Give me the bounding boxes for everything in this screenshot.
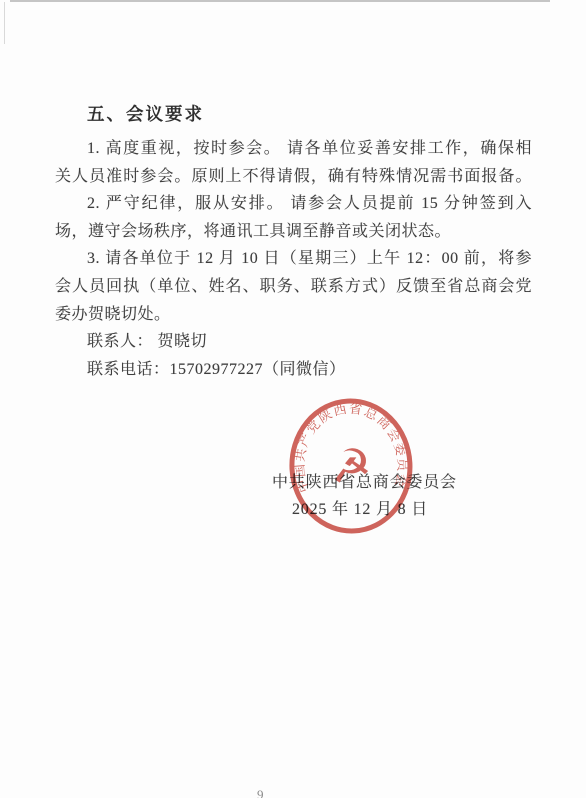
paragraph-3-line-2: 会人员回执（单位、姓名、职务、联系方式）反馈至省总商会党 xyxy=(55,273,532,301)
paragraph-2-line-1: 2. 严守纪律，服从安排。 请参会人员提前 15 分钟签到入 xyxy=(55,190,532,218)
paragraph-3-line-3: 委办贺晓切处。 xyxy=(55,301,532,329)
seal-graphic: 中国共产党陕西省总商会委员会 ☭ xyxy=(281,391,420,544)
signature-date: 2025 年 12 月 8 日 xyxy=(292,496,428,519)
section-heading: 五、会议要求 xyxy=(55,104,532,126)
signature-organization: 中共陕西省总商会委员会 xyxy=(272,469,457,492)
paragraph-1-line-1: 1. 高度重视，按时参会。 请各单位妥善安排工作，确保相 xyxy=(55,135,532,163)
paragraph-2-line-2: 场，遵守会场秩序，将通讯工具调至静音或关闭状态。 xyxy=(55,218,532,246)
paragraph-1-line-2: 关人员准时参会。原则上不得请假，确有特殊情况需书面报备。 xyxy=(55,163,532,191)
page-number: 9 xyxy=(257,787,265,798)
document-body: 五、会议要求 1. 高度重视，按时参会。 请各单位妥善安排工作，确保相 关人员准… xyxy=(0,0,586,383)
official-seal-stamp: 中国共产党陕西省总商会委员会 ☭ xyxy=(281,391,420,544)
scanned-document-page: { "page": { "background": "#fdfdfd", "pa… xyxy=(0,0,586,798)
contact-person-line: 联系人： 贺晓切 xyxy=(55,328,532,356)
paragraph-3-line-1: 3. 请各单位于 12 月 10 日（星期三）上午 12：00 前，将参 xyxy=(55,245,532,273)
contact-phone-line: 联系电话：15702977227（同微信） xyxy=(55,356,532,384)
